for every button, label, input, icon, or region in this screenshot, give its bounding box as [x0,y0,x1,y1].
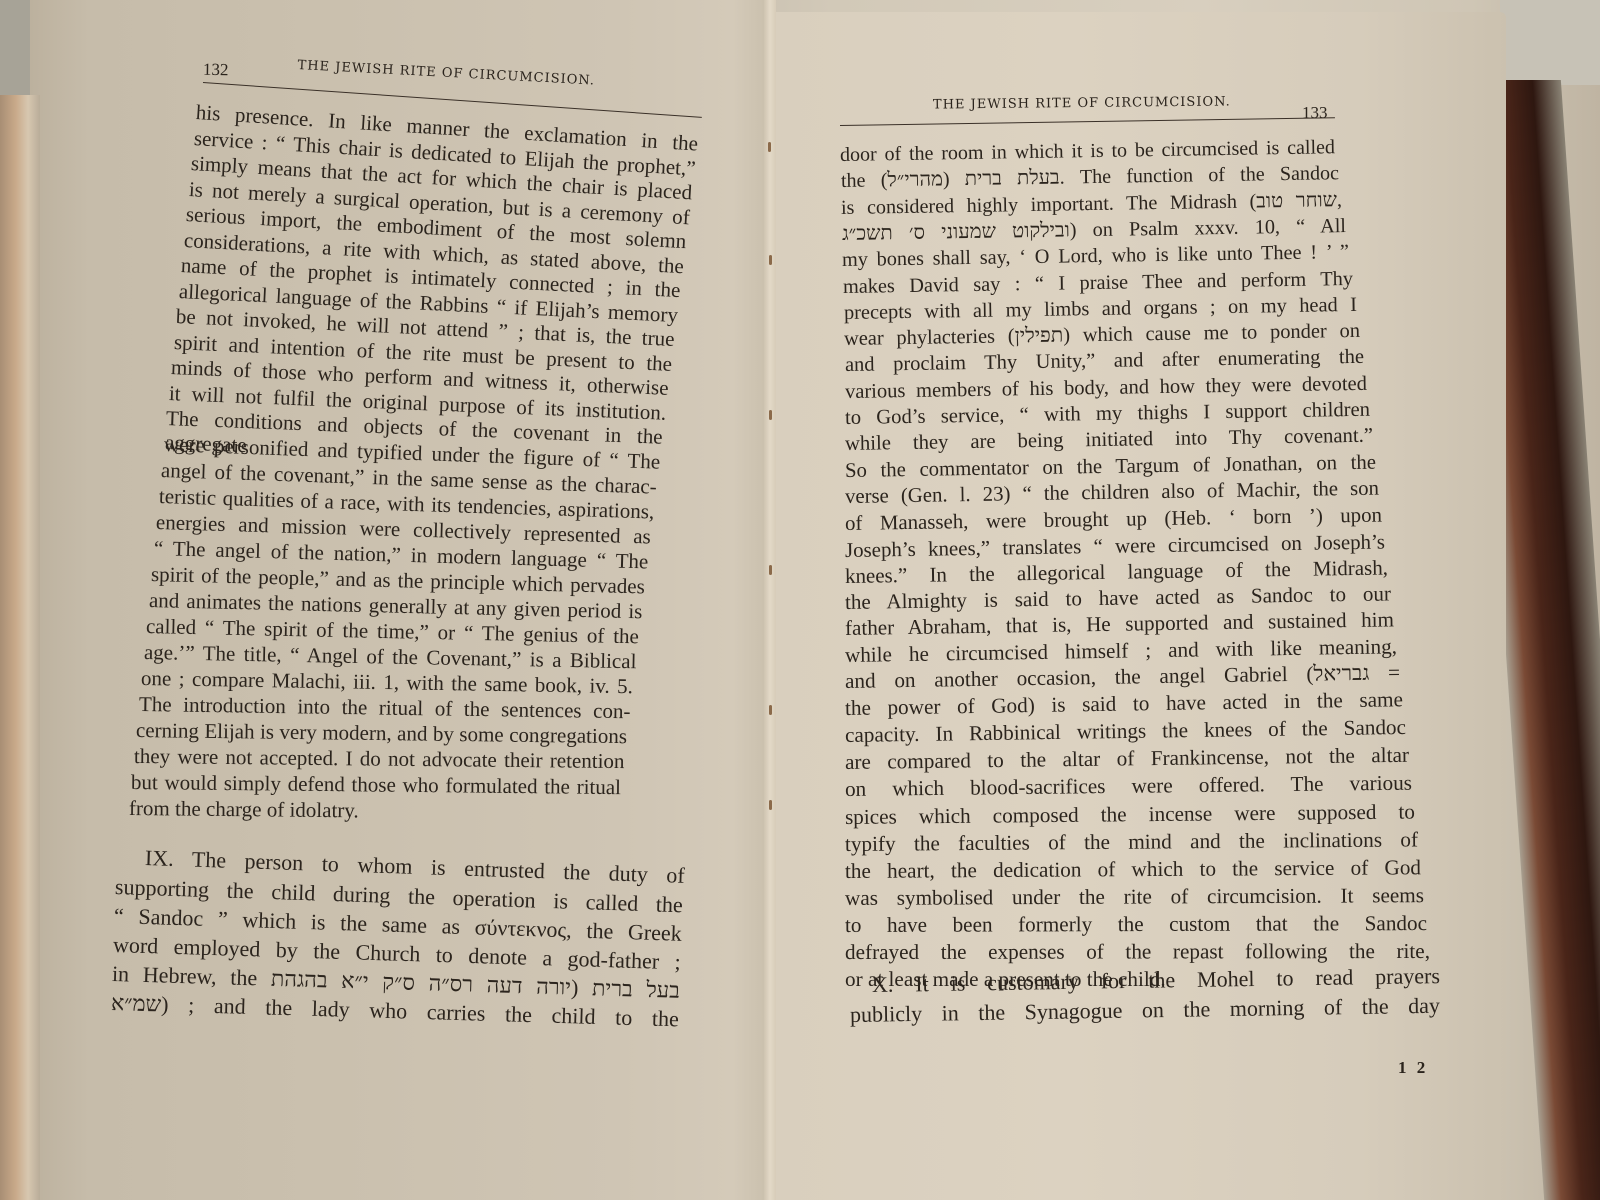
text-line: defrayed the expenses of the repast foll… [845,939,1430,964]
page-number-right: 133 [1302,103,1328,123]
text-line: they were not accepted. I do not advocat… [133,744,624,773]
text-line: typify the faculties of the mind and the… [845,827,1418,856]
book-gutter [764,0,776,1200]
text-line: spices which composed the incense were s… [845,799,1415,828]
running-head-right: THE JEWISH RITE OF CIRCUMCISION. [933,94,1231,112]
binding-thread-mark [768,142,771,152]
binding-thread-mark [769,565,772,575]
printer-signature-mark: 1 2 [1398,1058,1428,1078]
text-line: was symbolised under the rite of circumc… [845,883,1424,910]
background-surface-left [0,0,30,110]
text-line: the heart, the dedication of which to th… [845,855,1421,883]
binding-thread-mark [769,410,772,420]
page-number-left: 132 [203,60,229,80]
binding-thread-mark [769,800,772,810]
text-line: from the charge of idolatry. [128,796,618,825]
text-line: to have been formerly the custom that th… [845,911,1427,937]
open-book-photo: 132 THE JEWISH RITE OF CIRCUMCISION. his… [0,0,1600,1200]
text-line: but would simply defend those who formul… [131,770,621,799]
binding-thread-mark [769,255,772,265]
background-surface [1500,0,1600,85]
page-stack-edge [0,95,40,1200]
binding-thread-mark [769,705,772,715]
